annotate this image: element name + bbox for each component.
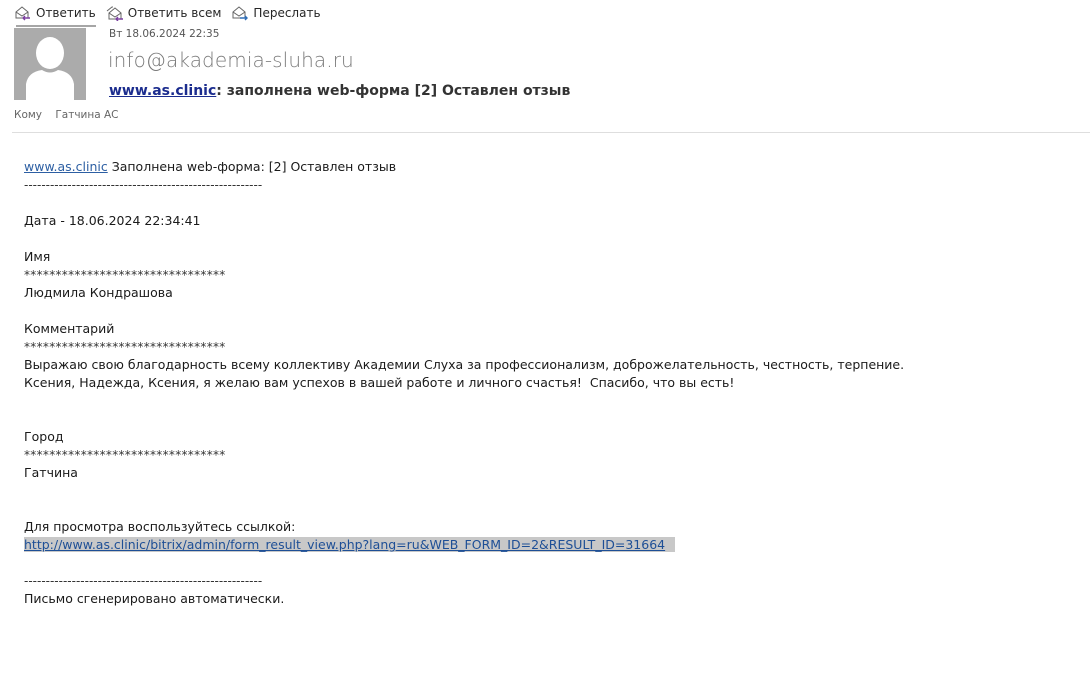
person-icon (14, 28, 86, 100)
city-label: Город (24, 428, 904, 446)
footer-text: Письмо сгенерировано автоматически. (24, 590, 904, 608)
message-body: www.as.clinic Заполнена web-форма: [2] О… (24, 158, 904, 608)
message-subject: www.as.clinic: заполнена web-форма [2] О… (109, 83, 570, 99)
divider-top: ----------------------------------------… (24, 176, 904, 194)
recipients-row: Кому Гатчина АС (14, 109, 119, 121)
to-label: Кому (14, 109, 42, 121)
reply-icon (14, 5, 32, 21)
comment-line-1: Выражаю свою благодарность всему коллект… (24, 356, 904, 374)
forward-button[interactable]: Переслать (231, 3, 320, 23)
name-value: Людмила Кондрашова (24, 284, 904, 302)
name-label: Имя (24, 248, 904, 266)
city-value: Гатчина (24, 464, 904, 482)
reply-all-label: Ответить всем (128, 6, 222, 20)
reply-label: Ответить (36, 6, 96, 20)
reply-all-button[interactable]: Ответить всем (106, 3, 222, 23)
to-recipient[interactable]: Гатчина АС (55, 109, 118, 121)
divider-bottom: ----------------------------------------… (24, 572, 904, 590)
date-line: Дата - 18.06.2024 22:34:41 (24, 212, 904, 230)
reply-all-icon (106, 5, 124, 21)
subject-text: : заполнена web-форма [2] Оставлен отзыв (216, 83, 570, 99)
subject-link[interactable]: www.as.clinic (109, 83, 216, 99)
view-label: Для просмотра воспользуйтесь ссылкой: (24, 518, 904, 536)
forward-label: Переслать (253, 6, 320, 20)
comment-stars: ******************************** (24, 338, 904, 356)
reply-button[interactable]: Ответить (14, 3, 96, 23)
city-stars: ******************************** (24, 446, 904, 464)
forward-icon (231, 5, 249, 21)
view-url-line: http://www.as.clinic/bitrix/admin/form_r… (24, 536, 904, 554)
sender-avatar (14, 28, 86, 100)
header-divider (12, 132, 1090, 133)
intro-link[interactable]: www.as.clinic (24, 159, 108, 174)
intro-text: Заполнена web-форма: [2] Оставлен отзыв (108, 159, 396, 174)
intro-line: www.as.clinic Заполнена web-форма: [2] О… (24, 158, 904, 176)
comment-line-2: Ксения, Надежда, Ксения, я желаю вам усп… (24, 374, 904, 392)
comment-label: Комментарий (24, 320, 904, 338)
message-toolbar: Ответить Ответить всем Переслать (14, 3, 331, 23)
message-date: Вт 18.06.2024 22:35 (109, 28, 219, 40)
sender-address[interactable]: info@akademia-sluha.ru (108, 48, 354, 72)
name-stars: ******************************** (24, 266, 904, 284)
view-url-link[interactable]: http://www.as.clinic/bitrix/admin/form_r… (24, 537, 665, 552)
